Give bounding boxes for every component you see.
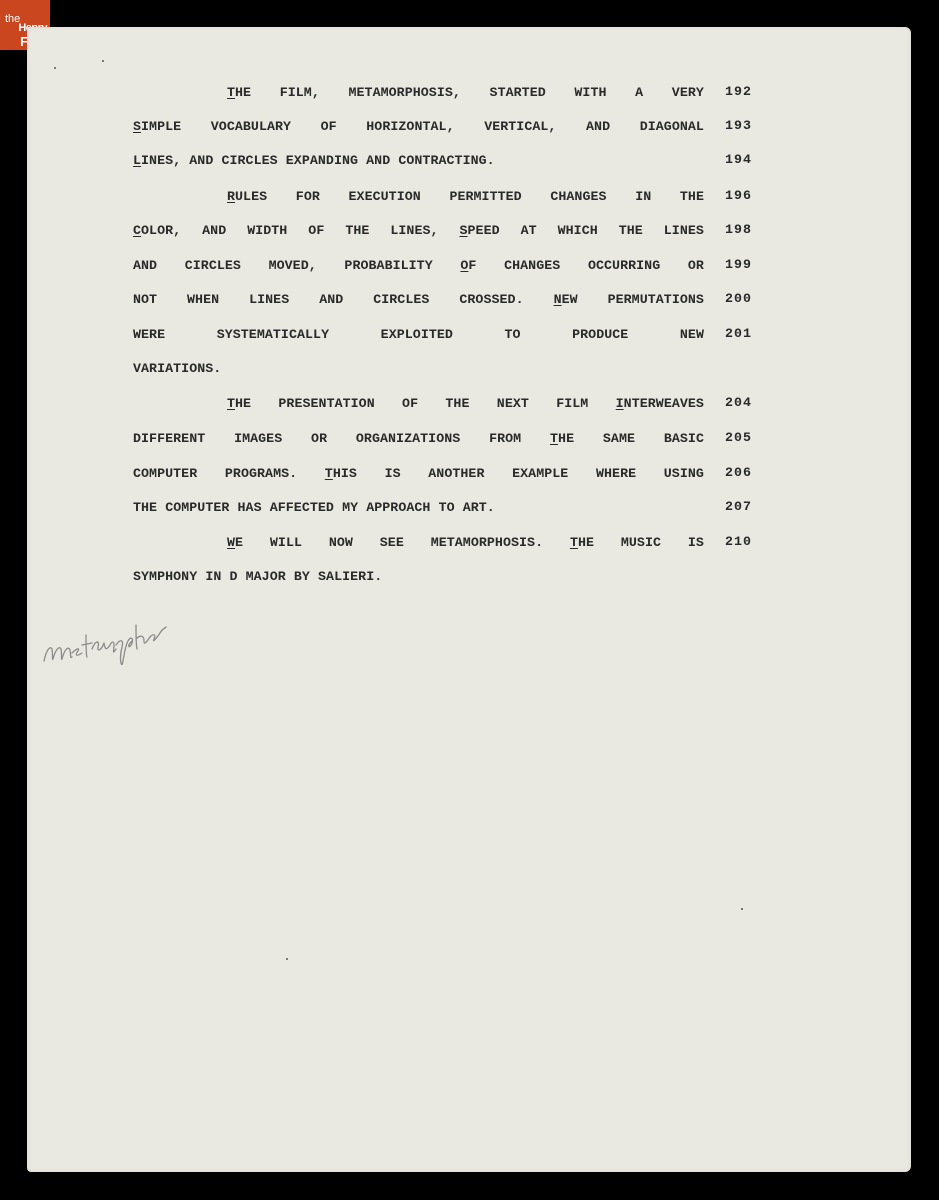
word: THE: [619, 223, 643, 238]
document-line: ANDCIRCLESMOVED,PROBABILITYOFCHANGESOCCU…: [133, 254, 704, 276]
word: THE: [570, 535, 594, 550]
document-line: DIFFERENTIMAGESORORGANIZATIONSFROMTHESAM…: [133, 427, 704, 449]
word: PERMITTED: [449, 189, 521, 204]
word: OR: [311, 431, 327, 446]
word: THE: [445, 396, 469, 411]
paper-speck: [286, 958, 288, 960]
word: VERTICAL,: [484, 119, 556, 134]
line-number: 194: [725, 149, 759, 171]
word: ART.: [463, 500, 495, 515]
word: OF: [308, 223, 324, 238]
line-number: 199: [725, 254, 759, 276]
paper-speck: [741, 908, 743, 910]
word: CHANGES: [550, 189, 606, 204]
word: TO: [439, 500, 455, 515]
word: WILL: [270, 535, 302, 550]
line-number: 192: [725, 81, 759, 103]
word: SPEED: [460, 223, 500, 238]
word: LINES,: [133, 153, 181, 168]
paper-speck: [102, 60, 104, 62]
word: PERMUTATIONS: [608, 292, 704, 307]
line-number: 206: [725, 462, 759, 484]
word: COLOR,: [133, 223, 181, 238]
word: BY: [294, 569, 310, 584]
word: VOCABULARY: [211, 119, 291, 134]
word: SYMPHONY: [133, 569, 197, 584]
line-number: 193: [725, 115, 759, 137]
paper-speck: [54, 67, 56, 69]
word: EXPANDING: [286, 153, 358, 168]
word: THE: [227, 396, 251, 411]
word: STARTED: [490, 85, 546, 100]
word: WERE: [133, 327, 165, 342]
line-number: 198: [725, 219, 759, 241]
word: LINES,: [390, 223, 438, 238]
word: PROBABILITY: [344, 258, 432, 273]
word: THE: [227, 85, 251, 100]
word: VERY: [672, 85, 704, 100]
document-line: NOTWHENLINESANDCIRCLESCROSSED.NEWPERMUTA…: [133, 288, 704, 310]
word: NEW: [554, 292, 578, 307]
word: AND: [202, 223, 226, 238]
word: IS: [385, 466, 401, 481]
word: AND: [189, 153, 213, 168]
word: OF: [402, 396, 418, 411]
document-line: VARIATIONS.: [133, 357, 704, 379]
document-line: THEFILM,METAMORPHOSIS,STARTEDWITHAVERY: [227, 81, 704, 103]
word: HAS: [238, 500, 262, 515]
word: ORGANIZATIONS: [356, 431, 460, 446]
word: APPROACH: [366, 500, 430, 515]
word: USING: [664, 466, 704, 481]
word: MOVED,: [269, 258, 317, 273]
document-line: COLOR,ANDWIDTHOFTHELINES,SPEEDATWHICHTHE…: [133, 219, 704, 241]
word: CONTRACTING.: [398, 153, 494, 168]
handwritten-metamorphosis-annotation: [40, 605, 180, 665]
word: THE: [680, 189, 704, 204]
document-line: LINES,ANDCIRCLESEXPANDINGANDCONTRACTING.: [133, 149, 704, 171]
word: FILM: [556, 396, 588, 411]
word: THE: [550, 431, 574, 446]
word: AND: [586, 119, 610, 134]
word: WE: [227, 535, 243, 550]
word: NEXT: [497, 396, 529, 411]
document-line: SYMPHONYINDMAJORBYSALIERI.: [133, 565, 704, 587]
word: EXAMPLE: [512, 466, 568, 481]
word: THE: [345, 223, 369, 238]
word: MY: [342, 500, 358, 515]
word: WIDTH: [247, 223, 287, 238]
document-line: THEPRESENTATIONOFTHENEXTFILMINTERWEAVES: [227, 392, 704, 414]
document-line: WEWILLNOWSEEMETAMORPHOSIS.THEMUSICIS: [227, 531, 704, 553]
word: AND: [133, 258, 157, 273]
word: VARIATIONS.: [133, 361, 221, 376]
word: CHANGES: [504, 258, 560, 273]
word: INTERWEAVES: [616, 396, 704, 411]
word: METAMORPHOSIS.: [431, 535, 543, 550]
word: THE: [133, 500, 157, 515]
word: EXECUTION: [349, 189, 421, 204]
word: COMPUTER: [133, 466, 197, 481]
document-line: THECOMPUTERHASAFFECTEDMYAPPROACHTOART.: [133, 496, 704, 518]
word: IS: [688, 535, 704, 550]
word: MAJOR: [246, 569, 286, 584]
word: NOW: [329, 535, 353, 550]
word: LINES: [664, 223, 704, 238]
word: DIAGONAL: [640, 119, 704, 134]
word: DIFFERENT: [133, 431, 205, 446]
word: CIRCLES: [221, 153, 277, 168]
word: AFFECTED: [270, 500, 334, 515]
word: PRESENTATION: [278, 396, 374, 411]
word: SEE: [380, 535, 404, 550]
word: NEW: [680, 327, 704, 342]
word: WHEN: [187, 292, 219, 307]
word: SYSTEMATICALLY: [217, 327, 329, 342]
word: BASIC: [664, 431, 704, 446]
word: AND: [319, 292, 343, 307]
word: FROM: [489, 431, 521, 446]
word: OR: [688, 258, 704, 273]
word: OF: [321, 119, 337, 134]
word: ANOTHER: [428, 466, 484, 481]
word: A: [635, 85, 643, 100]
document-line: RULESFOREXECUTIONPERMITTEDCHANGESINTHE: [227, 185, 704, 207]
word: RULES: [227, 189, 267, 204]
word: OF: [460, 258, 476, 273]
line-number: 205: [725, 427, 759, 449]
word: WHERE: [596, 466, 636, 481]
word: COMPUTER: [165, 500, 229, 515]
word: PRODUCE: [572, 327, 628, 342]
word: HORIZONTAL,: [366, 119, 454, 134]
word: SALIERI.: [318, 569, 382, 584]
word: AND: [366, 153, 390, 168]
word: IN: [205, 569, 221, 584]
document-line: COMPUTERPROGRAMS.THISISANOTHEREXAMPLEWHE…: [133, 462, 704, 484]
word: FOR: [296, 189, 320, 204]
word: WITH: [574, 85, 606, 100]
word: TO: [505, 327, 521, 342]
word: THIS: [325, 466, 357, 481]
line-number: 204: [725, 392, 759, 414]
word: SIMPLE: [133, 119, 181, 134]
word: PROGRAMS.: [225, 466, 297, 481]
word: OCCURRING: [588, 258, 660, 273]
line-number: 201: [725, 323, 759, 345]
line-number: 210: [725, 531, 759, 553]
line-number: 196: [725, 185, 759, 207]
line-number: 207: [725, 496, 759, 518]
word: CROSSED.: [459, 292, 523, 307]
word: MUSIC: [621, 535, 661, 550]
word: FILM,: [280, 85, 320, 100]
word: CIRCLES: [185, 258, 241, 273]
word: AT: [521, 223, 537, 238]
word: CIRCLES: [373, 292, 429, 307]
word: IN: [635, 189, 651, 204]
document-line: SIMPLEVOCABULARYOFHORIZONTAL,VERTICAL,AN…: [133, 115, 704, 137]
word: WHICH: [558, 223, 598, 238]
word: SAME: [603, 431, 635, 446]
word: NOT: [133, 292, 157, 307]
document-line: WERESYSTEMATICALLYEXPLOITEDTOPRODUCENEW: [133, 323, 704, 345]
word: IMAGES: [234, 431, 282, 446]
word: METAMORPHOSIS,: [349, 85, 461, 100]
word: D: [230, 569, 238, 584]
word: EXPLOITED: [381, 327, 453, 342]
word: LINES: [249, 292, 289, 307]
line-number: 200: [725, 288, 759, 310]
